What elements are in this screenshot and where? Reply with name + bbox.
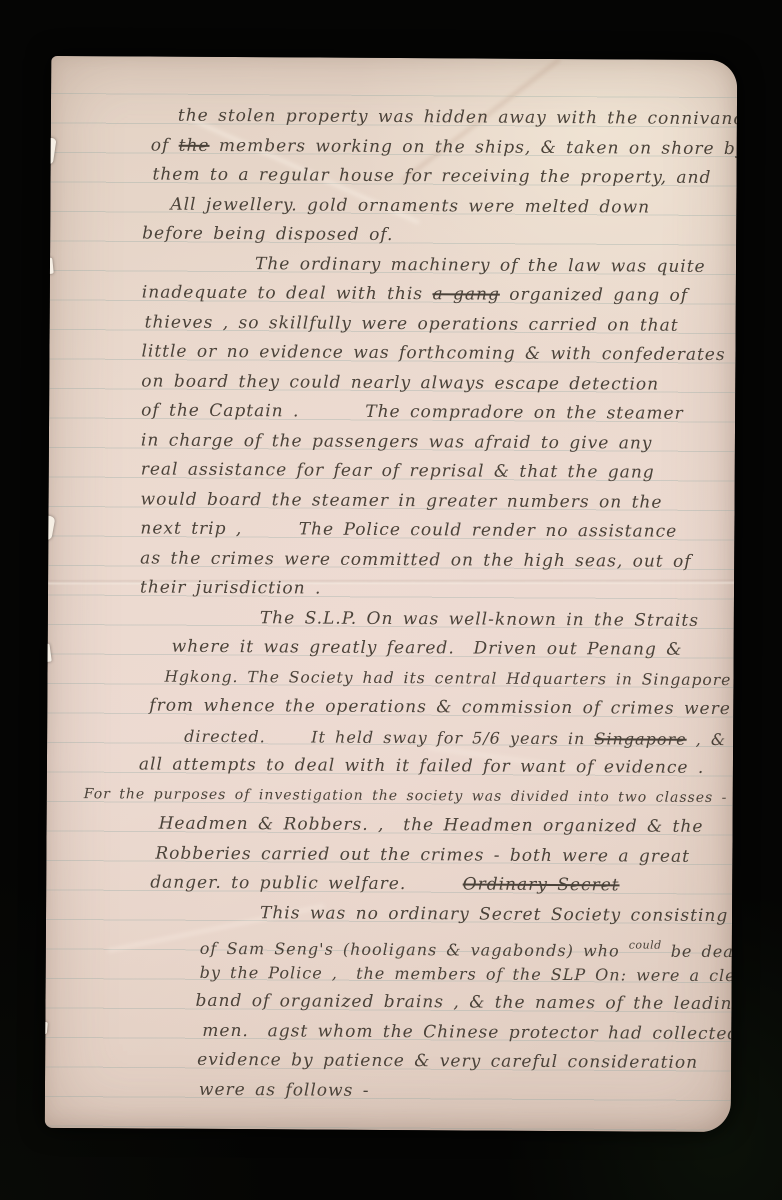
struck-out-text: a gang: [432, 284, 500, 304]
struck-out-text: Singapore: [594, 729, 686, 749]
handwriting-segment: of the Captain . The compradore on the s…: [141, 400, 684, 423]
manuscript-line: by the Police , the members of the SLP O…: [200, 957, 738, 990]
manuscript-line: Headmen & Robbers. , the Headmen organiz…: [158, 810, 737, 843]
manuscript-line: in charge of the passengers was afraid t…: [141, 426, 737, 459]
manuscript-line: of the members working on the ships, & t…: [151, 131, 738, 164]
manuscript-line: This was no ordinary Secret Society cons…: [260, 899, 737, 931]
handwriting-segment: from whence the operations & commission …: [149, 696, 731, 720]
handwritten-text-block: the stolen property was hidden away with…: [137, 101, 737, 1108]
handwriting-segment: For the purposes of investigation the so…: [84, 786, 728, 806]
handwriting-segment: inadequate to deal with this: [142, 282, 433, 304]
manuscript-line: before being disposed of.: [142, 219, 737, 252]
manuscript-line: band of organized brains , & the names o…: [195, 987, 737, 1020]
manuscript-line: of the Captain . The compradore on the s…: [141, 396, 737, 429]
manuscript-line: as the crimes were committed on the high…: [140, 544, 737, 577]
handwriting-segment: their jurisdiction .: [140, 577, 322, 598]
handwriting-segment: by the Police , the members of the SLP O…: [200, 962, 738, 984]
manuscript-line: would board the steamer in greater numbe…: [140, 485, 737, 518]
manuscript-line: thieves , so skillfully were operations …: [145, 308, 738, 341]
manuscript-line: were as follows -: [199, 1075, 737, 1108]
manuscript-line: real assistance for fear of reprisal & t…: [141, 455, 738, 488]
handwriting-segment: be dealt with: [662, 942, 738, 962]
handwriting-segment: were as follows -: [199, 1079, 370, 1100]
handwriting-segment: little or no evidence was forthcoming & …: [141, 341, 725, 365]
handwriting-segment: thieves , so skillfully were operations …: [145, 312, 679, 335]
handwriting-segment: directed. It held sway for 5/6 years in: [184, 726, 594, 748]
handwriting-segment: , &: [687, 729, 727, 748]
handwriting-segment: all attempts to deal with it failed for …: [139, 754, 704, 777]
manuscript-line: For the purposes of investigation the so…: [84, 780, 738, 814]
handwriting-segment: The S.L.P. On was well-known in the Stra…: [260, 608, 699, 631]
manuscript-line: little or no evidence was forthcoming & …: [141, 337, 737, 370]
manuscript-line: on board they could nearly always escape…: [141, 367, 737, 400]
manuscript-line: the stolen property was hidden away with…: [178, 102, 737, 135]
handwriting-segment: members working on the ships, & taken on…: [209, 135, 737, 158]
handwriting-segment: This was no ordinary Secret Society cons…: [260, 903, 728, 926]
manuscript-line: of Sam Seng's (hooligans & vagabonds) wh…: [200, 928, 737, 961]
handwriting-segment: evidence by patience & very careful cons…: [197, 1050, 698, 1073]
inserted-word-above-line: could: [629, 938, 662, 951]
handwriting-segment: before being disposed of.: [142, 223, 393, 245]
handwriting-segment: would board the steamer in greater numbe…: [141, 489, 663, 512]
handwriting-segment: The ordinary machinery of the law was qu…: [255, 254, 706, 277]
handwriting-segment: men. agst whom the Chinese protector had…: [202, 1020, 737, 1043]
handwriting-segment: the stolen property was hidden away with…: [178, 106, 737, 130]
manuscript-line: directed. It held sway for 5/6 years in …: [184, 721, 737, 754]
handwriting-segment: real assistance for fear of reprisal & t…: [141, 459, 655, 482]
handwriting-segment: band of organized brains , & the names o…: [195, 991, 737, 1014]
manuscript-line: Robberies carried out the crimes - both …: [155, 839, 737, 872]
handwriting-segment: where it was greatly feared. Driven out …: [172, 637, 683, 660]
handwriting-segment: All jewellery. gold ornaments were melte…: [170, 194, 650, 217]
handwriting-segment: Robberies carried out the crimes - both …: [155, 843, 690, 866]
handwriting-segment: of Sam Seng's (hooligans & vagabonds) wh…: [200, 939, 629, 961]
manuscript-line: where it was greatly feared. Driven out …: [172, 633, 738, 666]
manuscript-line: next trip , The Police could render no a…: [140, 514, 737, 547]
manuscript-line: their jurisdiction .: [140, 573, 737, 606]
handwriting-segment: as the crimes were committed on the high…: [140, 548, 692, 571]
handwriting-segment: on board they could nearly always escape…: [141, 371, 659, 394]
handwriting-segment: organized gang of: [500, 285, 688, 306]
handwriting-segment: next trip , The Police could render no a…: [140, 518, 677, 541]
handwriting-segment: Headmen & Robbers. , the Headmen organiz…: [159, 814, 704, 837]
manuscript-line: all attempts to deal with it failed for …: [139, 750, 737, 783]
torn-edge-fragment: [45, 1022, 48, 1035]
manuscript-line: evidence by patience & very careful cons…: [197, 1046, 737, 1079]
handwriting-segment: them to a regular house for receiving th…: [152, 165, 711, 188]
manuscript-line: men. agst whom the Chinese protector had…: [202, 1016, 737, 1049]
handwriting-segment: in charge of the passengers was afraid t…: [141, 430, 653, 453]
manuscript-page: the stolen property was hidden away with…: [45, 56, 738, 1132]
struck-out-text: Ordinary Secret: [463, 874, 620, 895]
handwriting-segment: danger. to public welfare.: [150, 873, 463, 895]
manuscript-line: inadequate to deal with this a gang orga…: [142, 278, 738, 311]
handwriting-segment: Hgkong. The Society had its central Hdqu…: [164, 667, 731, 688]
manuscript-line: from whence the operations & commission …: [149, 692, 737, 725]
manuscript-line: Hgkong. The Society had its central Hdqu…: [164, 662, 737, 695]
manuscript-line: All jewellery. gold ornaments were melte…: [170, 190, 737, 223]
manuscript-line: danger. to public welfare. Ordinary Secr…: [150, 869, 737, 902]
manuscript-line: them to a regular house for receiving th…: [152, 161, 737, 194]
struck-out-text: the: [179, 135, 210, 155]
handwriting-segment: of: [151, 135, 179, 155]
manuscript-line: The S.L.P. On was well-known in the Stra…: [260, 604, 738, 636]
manuscript-line: The ordinary machinery of the law was qu…: [255, 250, 737, 282]
